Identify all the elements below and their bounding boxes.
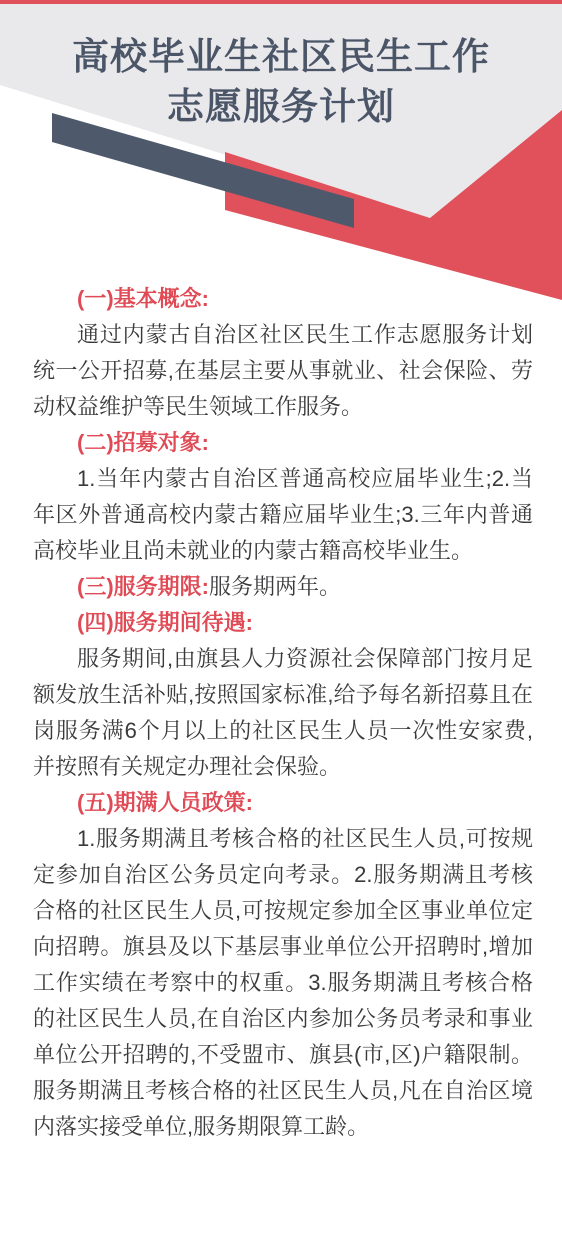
poster-title-line-1: 高校毕业生社区民生工作 <box>0 33 562 83</box>
poster-title-line-2: 志愿服务计划 <box>0 83 562 133</box>
section-5-heading: (五)期满人员政策: <box>33 785 533 821</box>
section-4-heading: (四)服务期间待遇: <box>33 605 533 641</box>
section-3-heading: (三)服务期限:服务期两年。 <box>33 569 533 605</box>
section-4-heading-label: (四)服务期间待遇: <box>77 610 253 635</box>
section-1-heading-label: (一)基本概念: <box>77 286 209 311</box>
section-3-heading-label: (三)服务期限: <box>77 574 209 599</box>
poster-title: 高校毕业生社区民生工作 志愿服务计划 <box>0 33 562 133</box>
poster-page: 高校毕业生社区民生工作 志愿服务计划 (一)基本概念: 通过内蒙古自治区社区民生… <box>0 0 562 1240</box>
section-2-heading-label: (二)招募对象: <box>77 430 209 455</box>
section-4-body: 服务期间,由旗县人力资源社会保障部门按月足额发放生活补贴,按照国家标准,给予每名… <box>33 641 533 785</box>
section-1-heading: (一)基本概念: <box>33 281 533 317</box>
section-5-body: 1.服务期满且考核合格的社区民生人员,可按规定参加自治区公务员定向考录。2.服务… <box>33 821 533 1145</box>
section-2-body: 1.当年内蒙古自治区普通高校应届毕业生;2.当年区外普通高校内蒙古籍应届毕业生;… <box>33 461 533 569</box>
poster-body: (一)基本概念: 通过内蒙古自治区社区民生工作志愿服务计划统一公开招募,在基层主… <box>33 281 533 1145</box>
section-2-heading: (二)招募对象: <box>33 425 533 461</box>
top-accent-bar <box>0 0 562 4</box>
section-1-body: 通过内蒙古自治区社区民生工作志愿服务计划统一公开招募,在基层主要从事就业、社会保… <box>33 317 533 425</box>
section-5-heading-label: (五)期满人员政策: <box>77 790 253 815</box>
section-3-inline-body: 服务期两年。 <box>209 574 341 599</box>
